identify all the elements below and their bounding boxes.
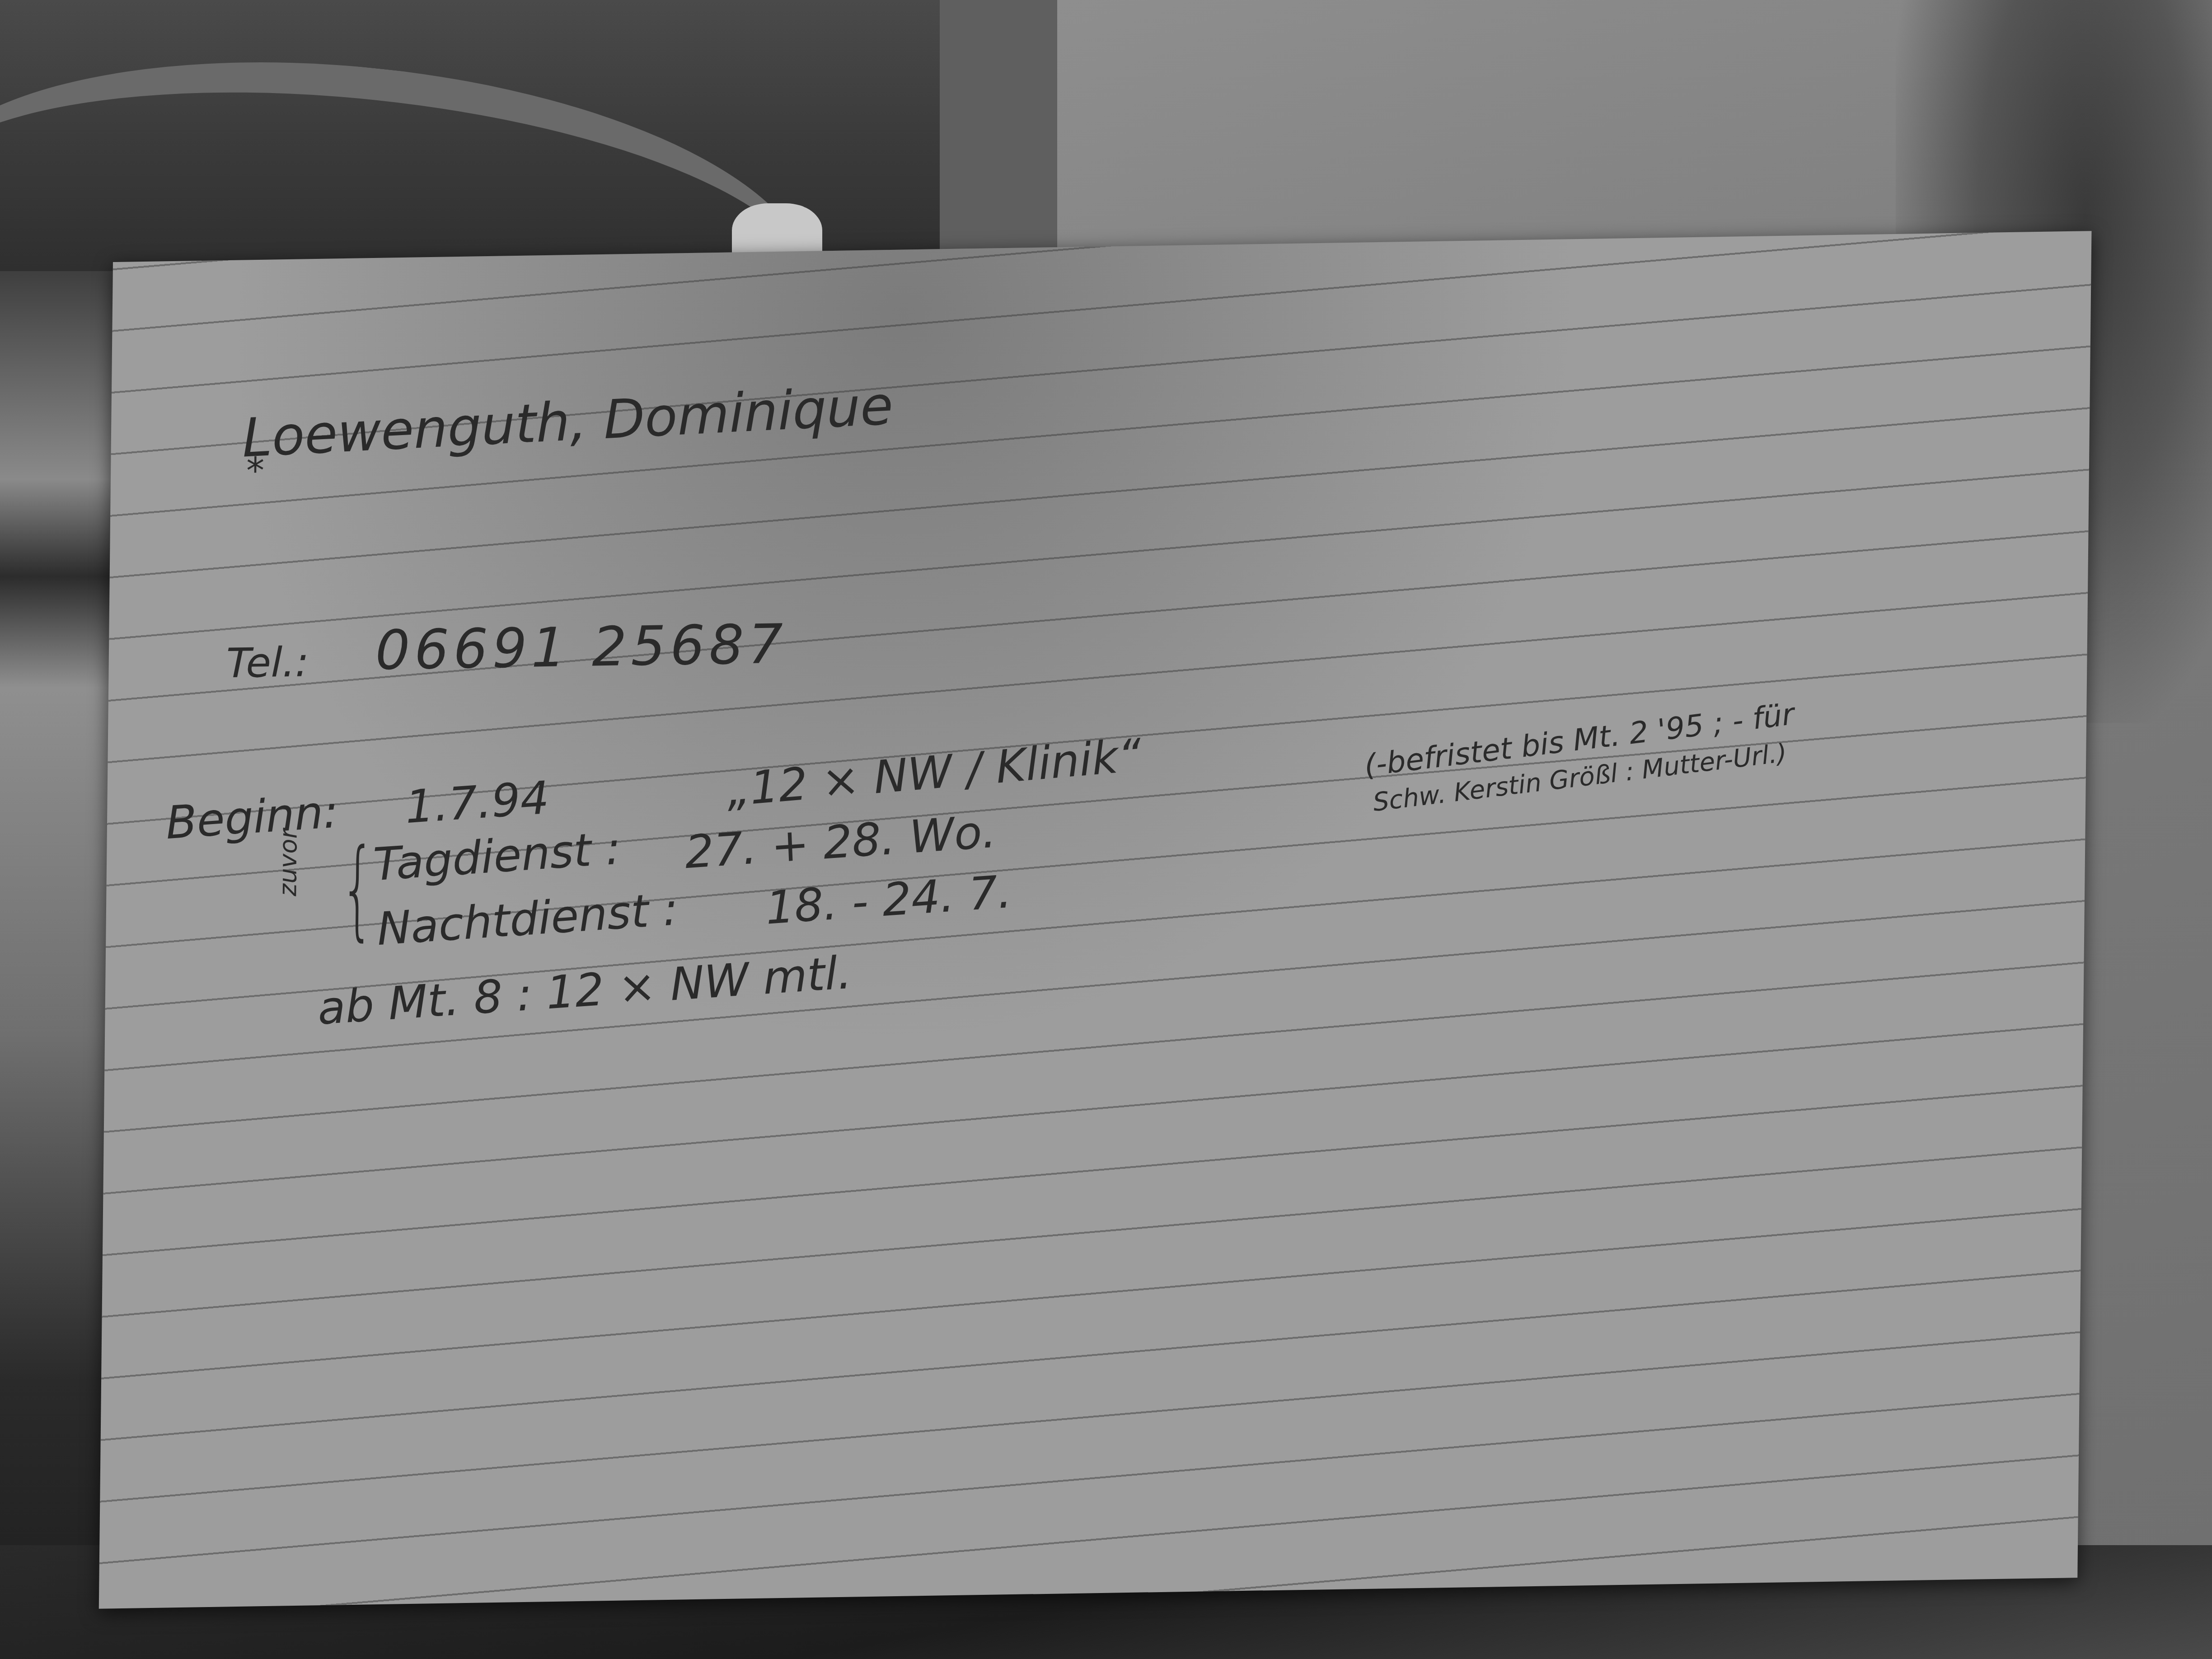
bracket-label: zuvor xyxy=(273,829,303,897)
phone-number: 06691 25687 xyxy=(375,613,787,682)
night-shift-label: Nachtdienst : xyxy=(376,882,679,956)
person-name: Loewenguth, Dominique xyxy=(242,374,894,469)
background-photo-top xyxy=(0,0,1075,280)
curly-brace-icon: { xyxy=(340,825,375,952)
birth-marker: * xyxy=(246,450,265,492)
night-shift-value: 18. - 24. 7. xyxy=(765,865,1013,935)
start-label: Beginn: xyxy=(165,785,339,849)
monthly-schedule: ab Mt. 8 : 12 × NW mtl. xyxy=(317,946,853,1035)
shift-arrangement: „12 × NW / Klinik“ xyxy=(725,729,1143,817)
phone-label: Tel.: xyxy=(226,638,309,687)
background-photo-edge xyxy=(940,0,1057,271)
index-card: Loewenguth, Dominique * Tel.: 06691 2568… xyxy=(99,231,2092,1609)
start-date: 1.7.94 xyxy=(404,771,550,834)
